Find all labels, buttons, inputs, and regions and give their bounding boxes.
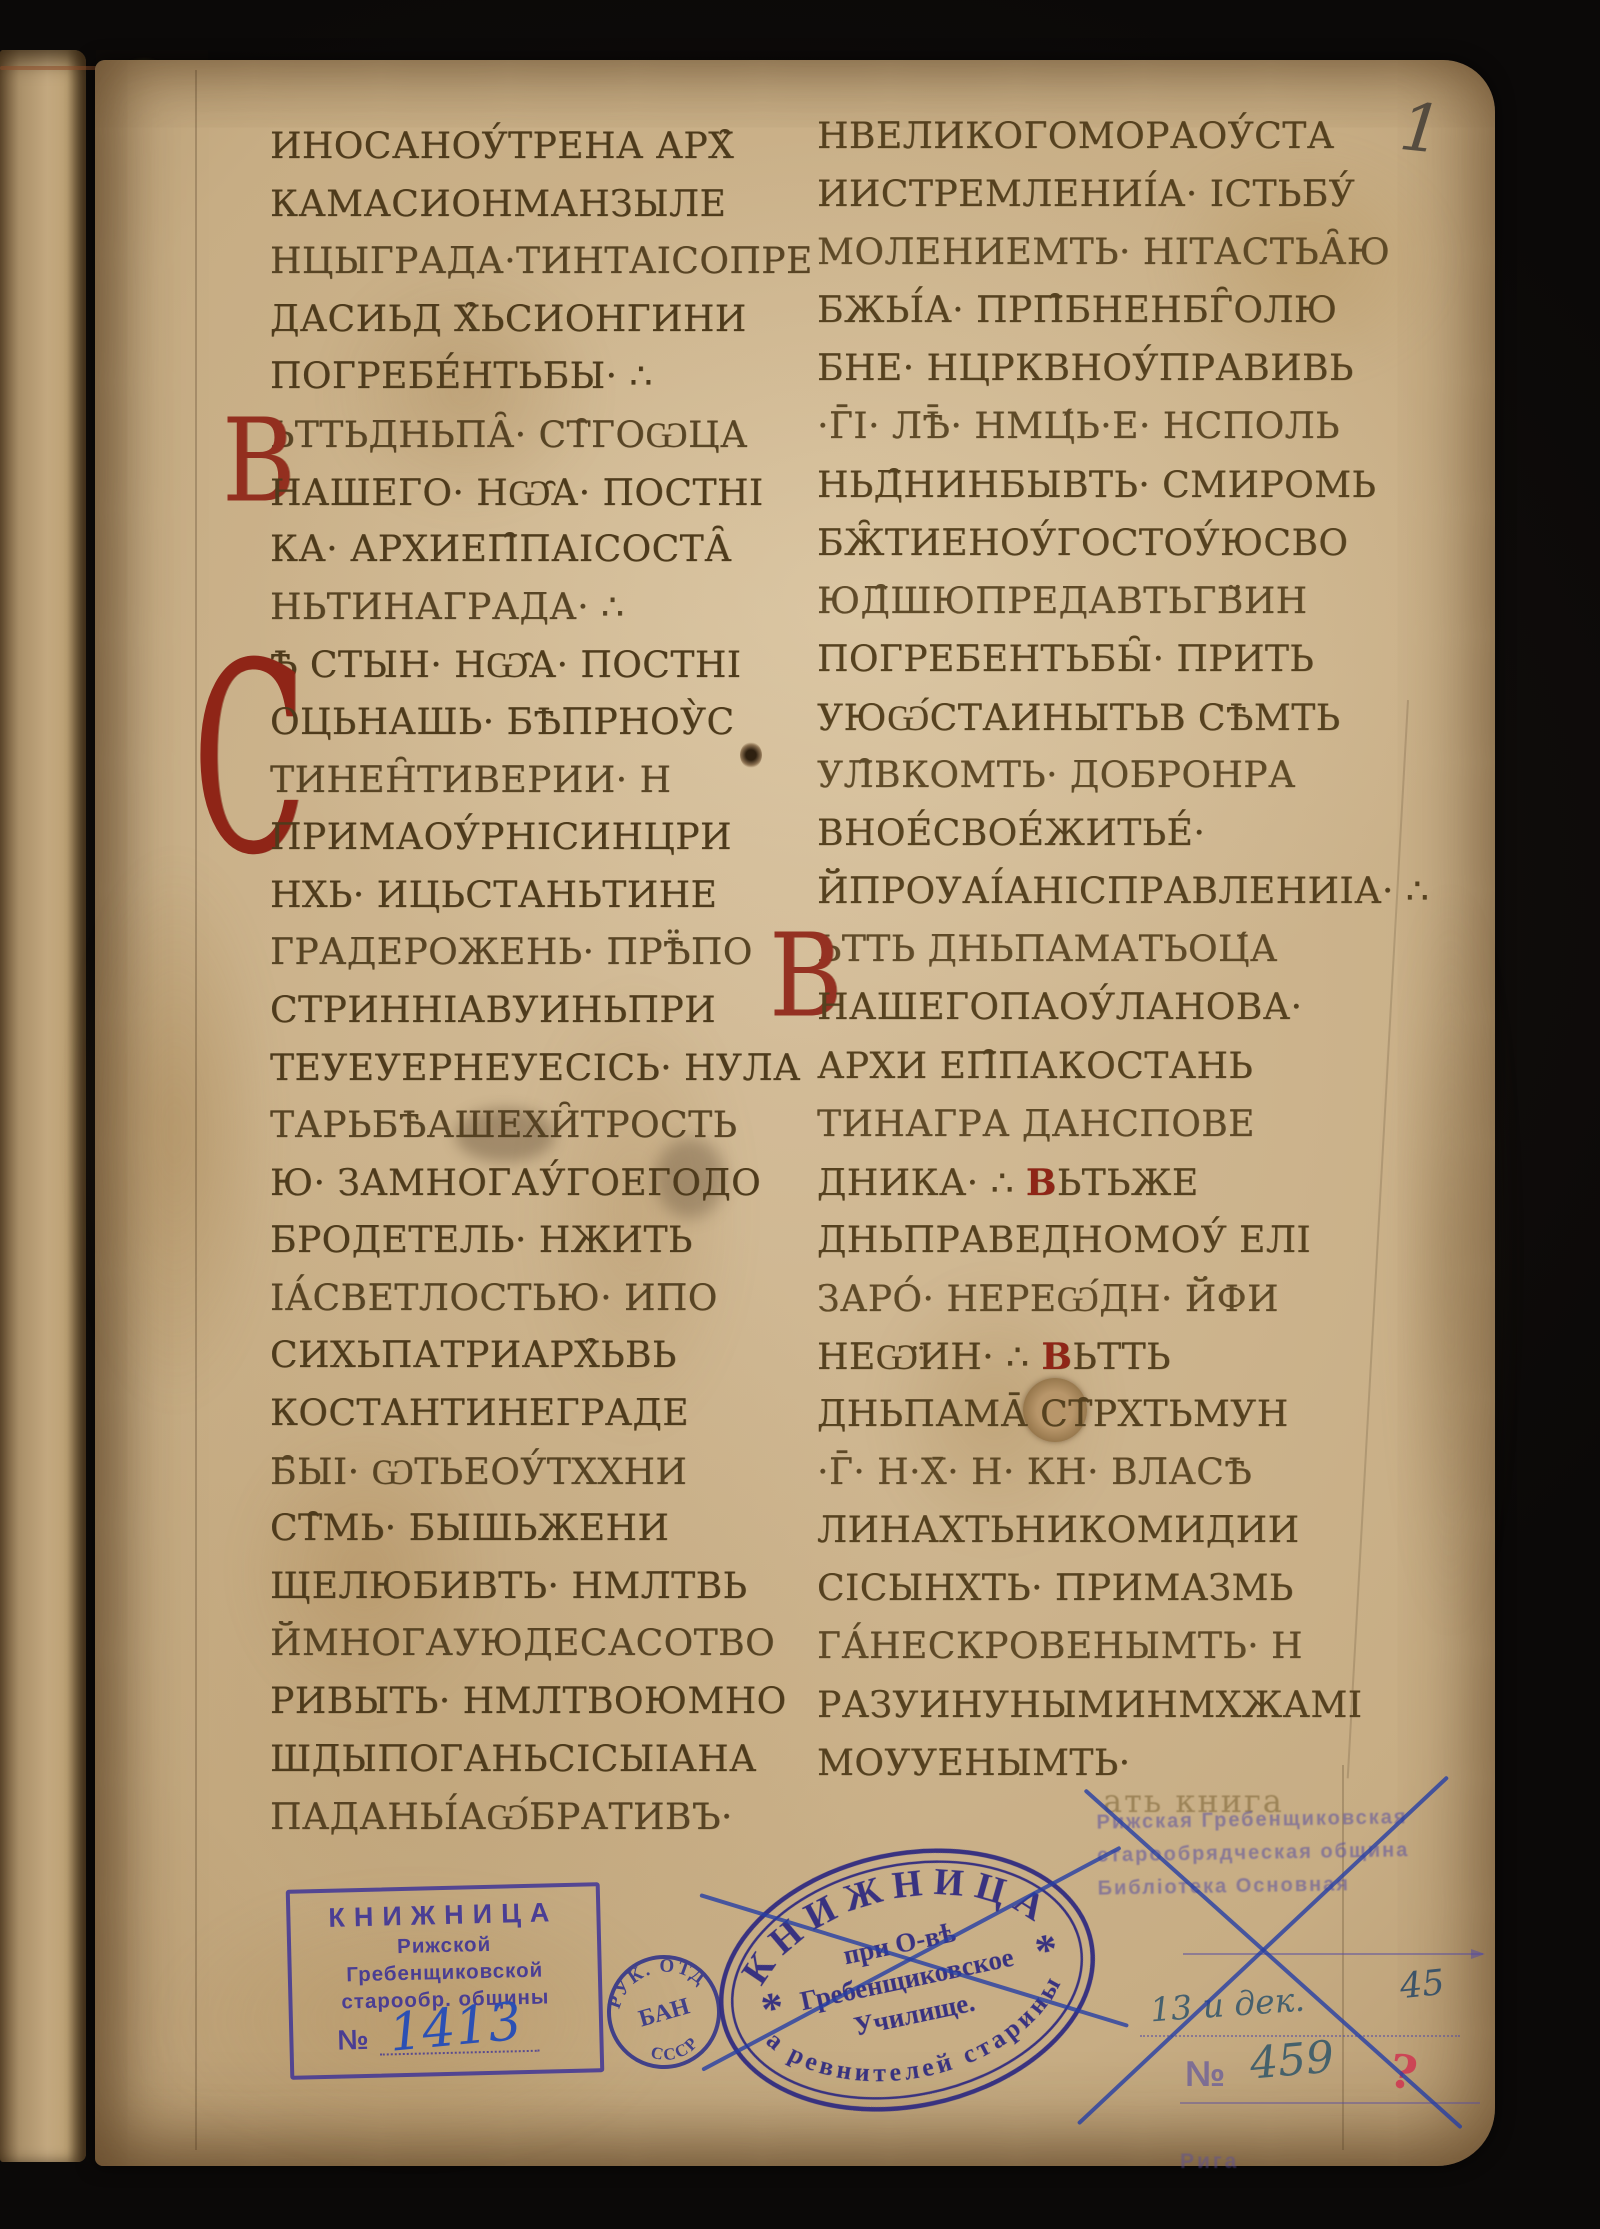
folio-number: 1 (1396, 88, 1446, 169)
faded-stamp-line: Библіотека Основная (1097, 1870, 1517, 1900)
manuscript-line: ДНИКА· ∴ ВЬТЬЖЕ (817, 1162, 1429, 1220)
handwritten-year: 45 (1398, 1963, 1446, 2007)
stamp-line: Рижской (291, 1930, 597, 1961)
manuscript-line: ДНЬПРАВЕДНОМОУ́ ЕЛІ (817, 1220, 1429, 1278)
faded-stamp-line: старообрядческая община (1097, 1837, 1517, 1867)
manuscript-line: ТАРЬБѢАШЕХИ̑ТРОСТЬ (270, 1105, 813, 1163)
manuscript-photo: ИНОСАНОУ́ТРЕНА АРХ̑КАМАСИОНМАНЗЫЛЕНЦЫГРА… (0, 0, 1600, 2229)
binding-crease (195, 70, 197, 2150)
numero-sign: № (337, 2024, 369, 2057)
manuscript-line: ГРАДЕРОЖЕНЬ· ПРѢ̈ПО (270, 932, 813, 990)
manuscript-line: ВЬТТЬ ДНЬПАМАТЬОЦ́А (817, 929, 1429, 987)
manuscript-line: УЛ̑ВКОМТЬ· ДОБРОНРА (817, 755, 1429, 813)
manuscript-line: Б̑ЫІ· ѠТЬЕОУ́ТХХНИ (270, 1451, 813, 1509)
manuscript-line: ЮД̑ШЮПРЕДАВТЬГВ̈ИН (817, 581, 1429, 639)
stain (75, 850, 275, 1410)
manuscript-line: ·Г̄· Н·Х̄· Н· КН· ВЛАСѢ (817, 1452, 1429, 1510)
manuscript-line: ПАДАНЬІ́АѠ́БРАТИВЪ· (270, 1796, 813, 1854)
oval-stamp-star-right: * (1031, 1924, 1063, 1977)
manuscript-line: СѢ СТЫН· НѠ̑А· ПОСТНІ (270, 644, 813, 702)
manuscript-line: АРХИ ЕП̑ПАКОСТАНЬ (817, 1046, 1429, 1104)
handwritten-number: 459 (1248, 2031, 1336, 2089)
manuscript-line: РАЗУИНУНЫМИНМХЖАМІ (817, 1685, 1429, 1743)
right-column: НВЕЛИКОГОМОРАОУ́СТАИИСТРЕМЛЕНИІ́А· ІСТЬБ… (817, 116, 1429, 1801)
manuscript-line: ПРИМАОУ́РНІСИНЦРИ (270, 817, 813, 875)
manuscript-line: ВНОЕ́СВОЕ́ЖИТЬЕ́· (817, 813, 1429, 871)
manuscript-line: СТРИННІАВУИНЬПРИ (270, 990, 813, 1048)
faded-stamp-line: Рижская Гребенщиковская (1096, 1804, 1516, 1834)
stamp-number-row: № 1413 (293, 2008, 600, 2067)
manuscript-line: ДНЬПАМА̄ СТ̑РХТЬМУН (817, 1394, 1429, 1452)
manuscript-line: УЮѠ́СТАИНЫТЬВ СѢМТЬ (817, 697, 1429, 755)
manuscript-line: ИНОСАНОУ́ТРЕНА АРХ̑ (270, 126, 813, 184)
library-rect-stamp: КНИЖНИЦА Рижской Гребенщиковской старооб… (286, 1882, 605, 2080)
manuscript-line: НАШЕГО· НѠ̑А· ПОСТНІ (270, 472, 813, 530)
manuscript-line: ТИНАГРА ДАНСПОВЕ (817, 1104, 1429, 1162)
stamp-rule-arrow (1183, 1953, 1483, 1955)
manuscript-line: ЩЕЛЮБИВТЬ· НМЛТВЬ (270, 1566, 813, 1624)
manuscript-line: СИХЬПАТРИАРХ̑ЬВЬ (270, 1335, 813, 1393)
manuscript-line: ЙПРОУАІ́АНІСПРАВЛЕНИІА· ∴ (817, 871, 1429, 929)
rubric-initial: В (1026, 1162, 1057, 1204)
stamp-line: Гребенщиковской (292, 1957, 598, 1988)
rubric-initial: В (1041, 1336, 1072, 1378)
manuscript-line: МОЛЕНИЕМТЬ· НІТАСТЬА̑Ю (817, 232, 1429, 290)
manuscript-line: ИИСТРЕМЛЕНИІ́А· ІСТЬБУ́ (817, 174, 1429, 232)
manuscript-line: ГА́НЕСКРОВЕНЫМТЬ· Н (817, 1626, 1429, 1684)
manuscript-line: ІА́СВЕТЛОСТЬЮ· ИПО (270, 1278, 813, 1336)
faded-community-stamp: Рижская Гребенщиковская старообрядческая… (1096, 1794, 1518, 1900)
previous-folio-edge (0, 50, 86, 2162)
faded-city-line: Рига (1180, 2150, 1239, 2174)
manuscript-line: НХЬ· ИЦЬСТАНЬТИНЕ (270, 875, 813, 933)
manuscript-line: НЬД̑НИНБЫВТЬ· СМИРОМЬ (817, 465, 1429, 523)
manuscript-line: ВЬТТЬДНЬПА̑· СТ̑ГОѠЦА (270, 414, 813, 472)
manuscript-line: НЕѠ̈ИН· ∴ ВЬТТЬ (817, 1336, 1429, 1394)
handwritten-date: 13 и дек. (1149, 1980, 1306, 2030)
manuscript-line: ЗАРО́· НЕРЕѠ́ДН· ЙФИ (817, 1278, 1429, 1336)
manuscript-line: ПОГРЕБЕНТЬБЫ̑· ПРИТЬ (817, 639, 1429, 697)
numero-sign: № (1185, 2053, 1225, 2095)
manuscript-line: НАШЕГОПАОУ́ЛАНОВА· (817, 987, 1429, 1045)
left-column: ИНОСАНОУ́ТРЕНА АРХ̑КАМАСИОНМАНЗЫЛЕНЦЫГРА… (270, 126, 813, 1854)
manuscript-line: КА· АРХИЕП̑ПАІСОСТА̑ (270, 529, 813, 587)
stamp-title: КНИЖНИЦА (290, 1896, 597, 1934)
manuscript-line: БЖЬІ́А· ПРП̑БНЕНБГ̑ОЛЮ (817, 290, 1429, 348)
manuscript-line: КОСТАНТИНЕГРАДЕ (270, 1393, 813, 1451)
manuscript-line: НЦЫГРАДА·ТИНТАІСОПРЕ (270, 241, 813, 299)
handwritten-inventory-number: 1413 (387, 1992, 524, 2064)
manuscript-line: ТЕУЕУЕРНЕУЕСІСЬ· НУЛА (270, 1048, 813, 1106)
manuscript-line: ·Г̄І· ЛѢ̄· НМЦ́Ь·Е· НСПОЛЬ (817, 406, 1429, 464)
round-stamp-middle-text: БАН (636, 1993, 693, 2032)
manuscript-line: ПОГРЕБЕ́НТЬБЫ· ∴ (270, 356, 813, 414)
manuscript-line: БНЕ· НЦРКВНОУ́ПРАВИВЬ (817, 348, 1429, 406)
manuscript-line: ОЦЬНАШЬ· БѢПРНОУ̀С (270, 702, 813, 760)
manuscript-line: БЖ̑ТИЕНОУ́ГОСТОУ́ЮСВО (817, 523, 1429, 581)
manuscript-line: ЛИНАХТЬНИКОМИДИИ (817, 1510, 1429, 1568)
manuscript-line: КАМАСИОНМАНЗЫЛЕ (270, 184, 813, 242)
manuscript-line: НЬТИНАГРАДА· ∴ (270, 587, 813, 645)
parchment-page: ИНОСАНОУ́ТРЕНА АРХ̑КАМАСИОНМАНЗЫЛЕНЦЫГРА… (95, 60, 1495, 2166)
manuscript-line: ЙМНОГАУЮДЕСАСОТВО (270, 1623, 813, 1681)
manuscript-line: Ю· ЗАМНОГАУ́ГОЕГОДО (270, 1163, 813, 1221)
manuscript-line: СТ̑МЬ· БЫШЬЖЕНИ (270, 1508, 813, 1566)
manuscript-line: НВЕЛИКОГОМОРАОУ́СТА (817, 116, 1429, 174)
manuscript-line: БРОДЕТЕЛЬ· НЖИТЬ (270, 1220, 813, 1278)
manuscript-line: РИВЫТЬ· НМЛТВОЮМНО (270, 1681, 813, 1739)
knizhnitsa-oval-stamp: КНИЖНИЦА а ревнителей старины * * при О-… (683, 1803, 1132, 2156)
manuscript-line: ДАСИЬД Х̑ЬСИОНГИНИ (270, 299, 813, 357)
manuscript-line: СІСЫНХТЬ· ПРИМАЗМЬ (817, 1568, 1429, 1626)
manuscript-line: ШДЫПОГАНЬСІСЫІАНА (270, 1739, 813, 1797)
red-pencil-mark: ? (1386, 2043, 1421, 2101)
manuscript-line: ТИНЕН̑ТИВЕРИИ· Н (270, 760, 813, 818)
